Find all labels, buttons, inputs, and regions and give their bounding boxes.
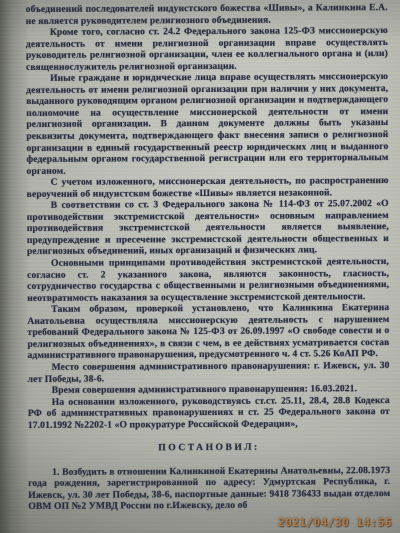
paragraph: На основании изложенного, руководствуясь… xyxy=(28,395,390,432)
resolution-heading: ПОСТАНОВИЛ: xyxy=(28,441,390,454)
paragraph: Основными принципами противодействия экс… xyxy=(27,256,389,304)
paragraph: 1. Возбудить в отношении Калинкиной Екат… xyxy=(28,465,390,513)
document-photo: объединений последователей индуистского … xyxy=(0,0,400,533)
paragraph: Кроме того, согласно ст. 24.2 Федерально… xyxy=(26,25,388,73)
paragraph: Иные граждане и юридические лица вправе … xyxy=(26,71,389,177)
paragraph: В соответствии со ст. 3 Федерального зак… xyxy=(27,198,389,258)
paragraph: Таким образом, проверкой установлено, чт… xyxy=(27,302,389,362)
paragraph: объединений последователей индуистского … xyxy=(26,2,388,27)
paragraph: С учетом изложенного, миссионерская деят… xyxy=(27,175,389,200)
paragraph: Место совершения административного право… xyxy=(28,360,390,385)
camera-timestamp: 2021/04/30 14:56 xyxy=(278,516,392,529)
document-page: объединений последователей индуистского … xyxy=(0,2,400,513)
